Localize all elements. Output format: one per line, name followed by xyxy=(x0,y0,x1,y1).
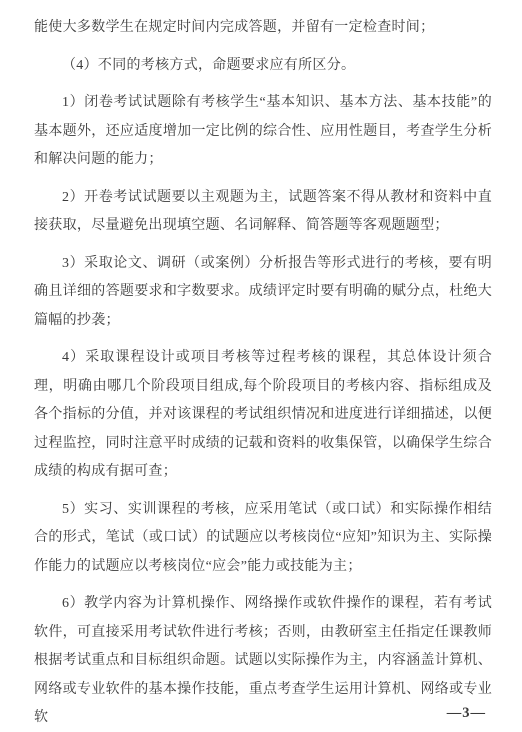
paragraph: 1）闭卷考试试题除有考核学生“基本知识、基本方法、基本技能”的基本题外，还应适度… xyxy=(34,89,492,175)
paragraph: 3）采取论文、调研（或案例）分析报告等形式进行的考核，要有明确且详细的答题要求和… xyxy=(34,250,492,336)
paragraph: （4）不同的考核方式，命题要求应有所区分。 xyxy=(34,52,492,81)
paragraph: 5）实习、实训课程的考核，应采用笔试（或口试）和实际操作相结合的形式，笔试（或口… xyxy=(34,496,492,582)
paragraph: 能使大多数学生在规定时间内完成答题，并留有一定检查时间； xyxy=(34,14,492,43)
page-number: —3— xyxy=(447,705,486,722)
paragraph: 4）采取课程设计或项目考核等过程考核的课程，其总体设计须合理，明确由哪几个阶段项… xyxy=(34,344,492,487)
paragraph: 2）开卷考试试题要以主观题为主，试题答案不得从教材和资料中直接获取，尽量避免出现… xyxy=(34,184,492,241)
paragraph: 6）教学内容为计算机操作、网络操作或软件操作的课程，若有考试软件，可直接采用考试… xyxy=(34,590,492,732)
document-body: 能使大多数学生在规定时间内完成答题，并留有一定检查时间；（4）不同的考核方式，命… xyxy=(34,14,492,732)
document-page: 能使大多数学生在规定时间内完成答题，并留有一定检查时间；（4）不同的考核方式，命… xyxy=(0,0,522,732)
